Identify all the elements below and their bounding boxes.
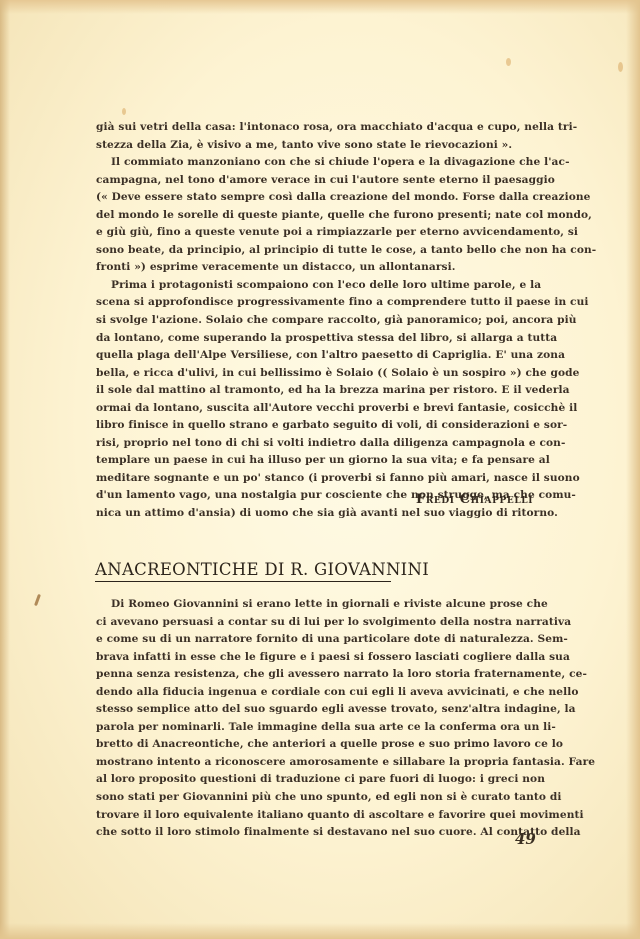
- text-line: (« Deve essere stato sempre così dalla c…: [96, 189, 533, 207]
- text-line: brava infatti in esse che le figure e i …: [96, 649, 533, 667]
- page-edge-right: [626, 0, 640, 939]
- text-line: sono stati per Giovannini più che uno sp…: [96, 789, 533, 807]
- text-line: quella plaga dell'Alpe Versiliese, con l…: [96, 347, 533, 365]
- text-line: già sui vetri della casa: l'intonaco ros…: [96, 119, 533, 137]
- article-review-continuation: già sui vetri della casa: l'intonaco ros…: [96, 119, 533, 523]
- pencil-mark: [34, 594, 41, 606]
- text-line: dendo alla fiducia ingenua e cordiale co…: [96, 684, 533, 702]
- section-heading: ANACREONTICHE DI R. GIOVANNINI: [95, 560, 391, 582]
- text-line: e giù giù, fino a queste venute poi a ri…: [96, 224, 533, 242]
- text-line: del mondo le sorelle di queste piante, q…: [96, 207, 533, 225]
- paragraph: Prima i protagonisti scompaiono con l'ec…: [96, 277, 533, 523]
- paragraph: Il commiato manzoniano con che si chiude…: [96, 154, 533, 277]
- text-line: bella, e ricca d'ulivi, in cui bellissim…: [96, 365, 533, 383]
- text-line: libro finisce in quello strano e garbato…: [96, 417, 533, 435]
- text-line: stezza della Zia, è visivo a me, tanto v…: [96, 137, 533, 155]
- text-line: e come su di un narratore fornito di una…: [96, 631, 533, 649]
- text-line: si svolge l'azione. Solaio che compare r…: [96, 312, 533, 330]
- page-number: 49: [515, 830, 536, 848]
- text-line: nica un attimo d'ansia) di uomo che sia …: [96, 505, 533, 523]
- author-signature: Fredi Chiappelli: [416, 492, 533, 507]
- text-line: scena si approfondisce progressivamente …: [96, 294, 533, 312]
- text-line: campagna, nel tono d'amore verace in cui…: [96, 172, 533, 190]
- text-line: sono beate, da principio, al principio d…: [96, 242, 533, 260]
- text-line: trovare il loro equivalente italiano qua…: [96, 807, 533, 825]
- text-line: templare un paese in cui ha illuso per u…: [96, 452, 533, 470]
- foxing-spot: [618, 62, 623, 72]
- text-line: Prima i protagonisti scompaiono con l'ec…: [96, 277, 533, 295]
- text-line: da lontano, come superando la prospettiv…: [96, 330, 533, 348]
- text-line: Il commiato manzoniano con che si chiude…: [96, 154, 533, 172]
- text-line: ci avevano persuasi a contar su di lui p…: [96, 614, 533, 632]
- text-line: che sotto il loro stimolo finalmente si …: [96, 824, 533, 842]
- foxing-spot: [506, 58, 511, 66]
- text-line: fronti ») esprime veracemente un distacc…: [96, 259, 533, 277]
- text-line: mostrano intento a riconoscere amorosame…: [96, 754, 533, 772]
- page-edge-left: [0, 0, 10, 939]
- text-line: penna senza resistenza, che gli avessero…: [96, 666, 533, 684]
- page-edge-top: [0, 0, 640, 14]
- text-line: al loro proposito questioni di traduzion…: [96, 771, 533, 789]
- text-line: ormai da lontano, suscita all'Autore vec…: [96, 400, 533, 418]
- text-line: parola per nominarli. Tale immagine dell…: [96, 719, 533, 737]
- paragraph: già sui vetri della casa: l'intonaco ros…: [96, 119, 533, 154]
- text-line: meditare sognante e un po' stanco (i pro…: [96, 470, 533, 488]
- text-line: risi, proprio nel tono di chi si volti i…: [96, 435, 533, 453]
- foxing-spot: [122, 108, 126, 115]
- text-line: bretto di Anacreontiche, che anteriori a…: [96, 736, 533, 754]
- paragraph: Di Romeo Giovannini si erano lette in gi…: [96, 596, 533, 842]
- text-line: il sole dal mattino al tramonto, ed ha l…: [96, 382, 533, 400]
- text-line: stesso semplice atto del suo sguardo egl…: [96, 701, 533, 719]
- article-anacreontiche: Di Romeo Giovannini si erano lette in gi…: [96, 596, 533, 842]
- page-edge-bottom: [0, 923, 640, 939]
- text-line: Di Romeo Giovannini si erano lette in gi…: [96, 596, 533, 614]
